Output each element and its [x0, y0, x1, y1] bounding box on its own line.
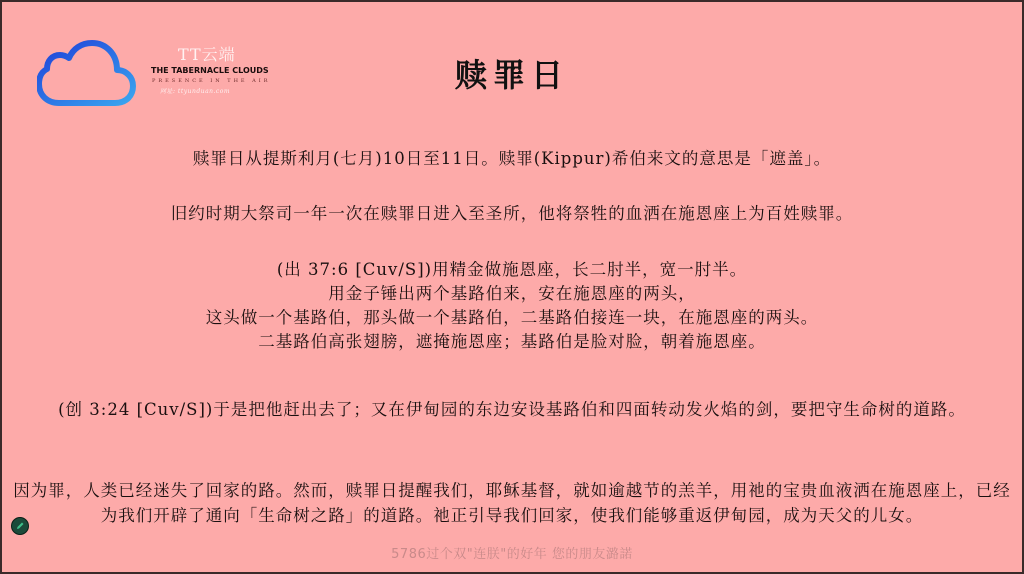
verse-line: 用金子锤出两个基路伯来，安在施恩座的两头，: [2, 283, 1022, 307]
verse-line: (出 37:6 [Cuv/S])用精金做施恩座，长二肘半，宽一肘半。: [2, 259, 1022, 283]
verse-genesis: (创 3:24 [Cuv/S])于是把他赶出去了；又在伊甸园的东边安设基路伯和四…: [12, 399, 1012, 421]
overlay-caption: 5786过个双"连朕"的好年 您的朋友潞諾: [2, 543, 1022, 562]
verse-exodus: (出 37:6 [Cuv/S])用精金做施恩座，长二肘半，宽一肘半。 用金子锤出…: [2, 259, 1022, 355]
slide: TT云端 THE TABERNACLE CLOUDS PRESENCE IN T…: [2, 2, 1022, 572]
pen-icon: [15, 521, 25, 531]
pen-button[interactable]: [11, 517, 29, 535]
slide-title: 赎罪日: [2, 50, 1022, 96]
paragraph-high-priest: 旧约时期大祭司一年一次在赎罪日进入至圣所，他将祭牲的血洒在施恩座上为百姓赎罪。: [2, 203, 1022, 225]
verse-line: 二基路伯高张翅膀，遮掩施恩座；基路伯是脸对脸，朝着施恩座。: [2, 331, 1022, 355]
paragraph-conclusion: 因为罪，人类已经迷失了回家的路。然而，赎罪日提醒我们，耶稣基督，就如逾越节的羔羊…: [12, 478, 1012, 528]
verse-line: 这头做一个基路伯，那头做一个基路伯，二基路伯接连一块，在施恩座的两头。: [2, 307, 1022, 331]
paragraph-intro: 赎罪日从提斯利月(七月)10日至11日。赎罪(Kippur)希伯来文的意思是「遮…: [2, 148, 1022, 170]
